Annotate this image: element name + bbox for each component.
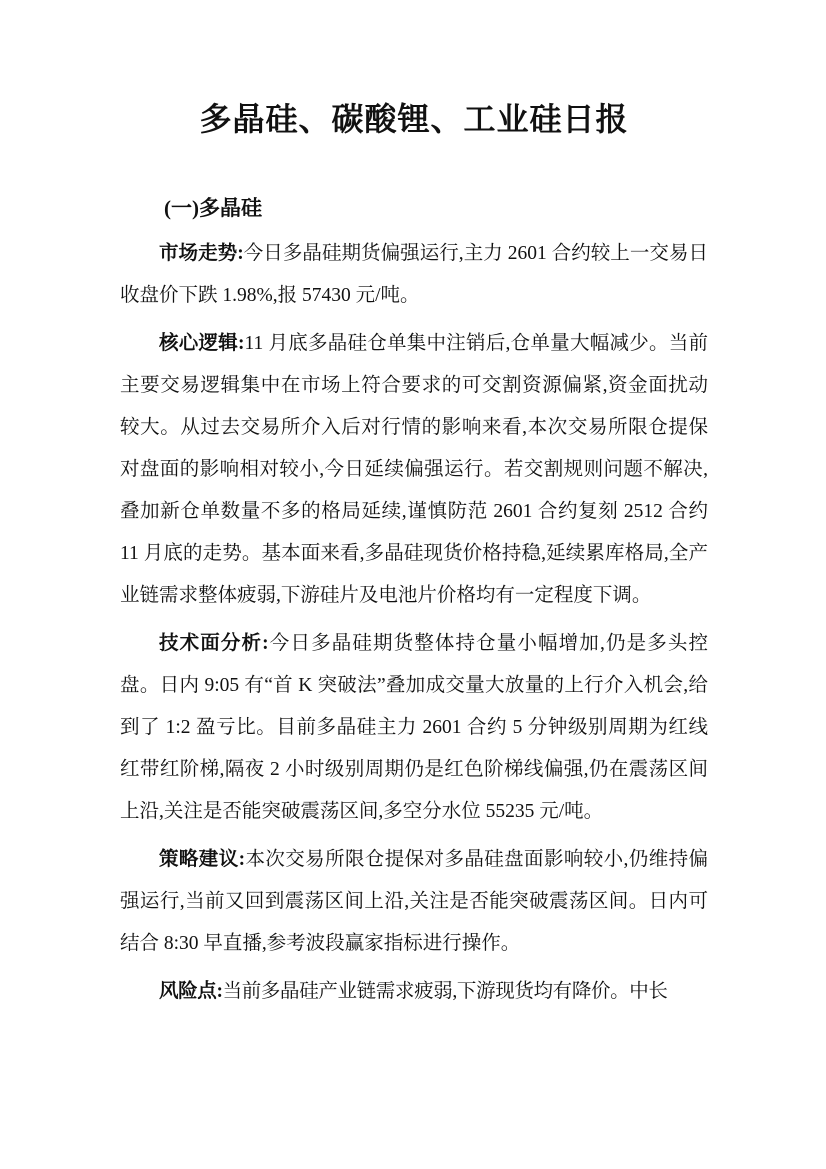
paragraph-technical-analysis: 技术面分析:今日多晶硅期货整体持仓量小幅增加,仍是多头控盘。日内 9:05 有“… bbox=[120, 623, 708, 833]
paragraph-risk-points: 风险点:当前多晶硅产业链需求疲弱,下游现货均有降价。中长 bbox=[120, 971, 708, 1013]
paragraph-strategy-advice: 策略建议:本次交易所限仓提保对多晶硅盘面影响较小,仍维持偏强运行,当前又回到震荡… bbox=[120, 839, 708, 965]
paragraph-label-market-trend: 市场走势: bbox=[159, 243, 244, 264]
document-content: 多晶硅、碳酸锂、工业硅日报 (一)多晶硅 市场走势:今日多晶硅期货偏强运行,主力… bbox=[0, 97, 826, 1013]
paragraph-label-technical-analysis: 技术面分析: bbox=[159, 633, 269, 654]
paragraph-text-core-logic: 11 月底多晶硅仓单集中注销后,仓单量大幅减少。当前主要交易逻辑集中在市场上符合… bbox=[120, 333, 708, 606]
section-heading: (一)多晶硅 bbox=[120, 193, 708, 223]
paragraph-core-logic: 核心逻辑:11 月底多晶硅仓单集中注销后,仓单量大幅减少。当前主要交易逻辑集中在… bbox=[120, 323, 708, 617]
paragraph-market-trend: 市场走势:今日多晶硅期货偏强运行,主力 2601 合约较上一交易日收盘价下跌 1… bbox=[120, 233, 708, 317]
paragraph-text-technical-analysis: 今日多晶硅期货整体持仓量小幅增加,仍是多头控盘。日内 9:05 有“首 K 突破… bbox=[120, 633, 708, 822]
document-title: 多晶硅、碳酸锂、工业硅日报 bbox=[120, 97, 708, 141]
paragraph-label-strategy-advice: 策略建议: bbox=[159, 849, 245, 870]
paragraph-label-core-logic: 核心逻辑: bbox=[159, 333, 245, 354]
paragraph-text-risk-points: 当前多晶硅产业链需求疲弱,下游现货均有降价。中长 bbox=[223, 981, 668, 1002]
document-page: 多晶硅、碳酸锂、工业硅日报 (一)多晶硅 市场走势:今日多晶硅期货偏强运行,主力… bbox=[0, 0, 826, 1169]
paragraph-label-risk-points: 风险点: bbox=[159, 981, 223, 1002]
